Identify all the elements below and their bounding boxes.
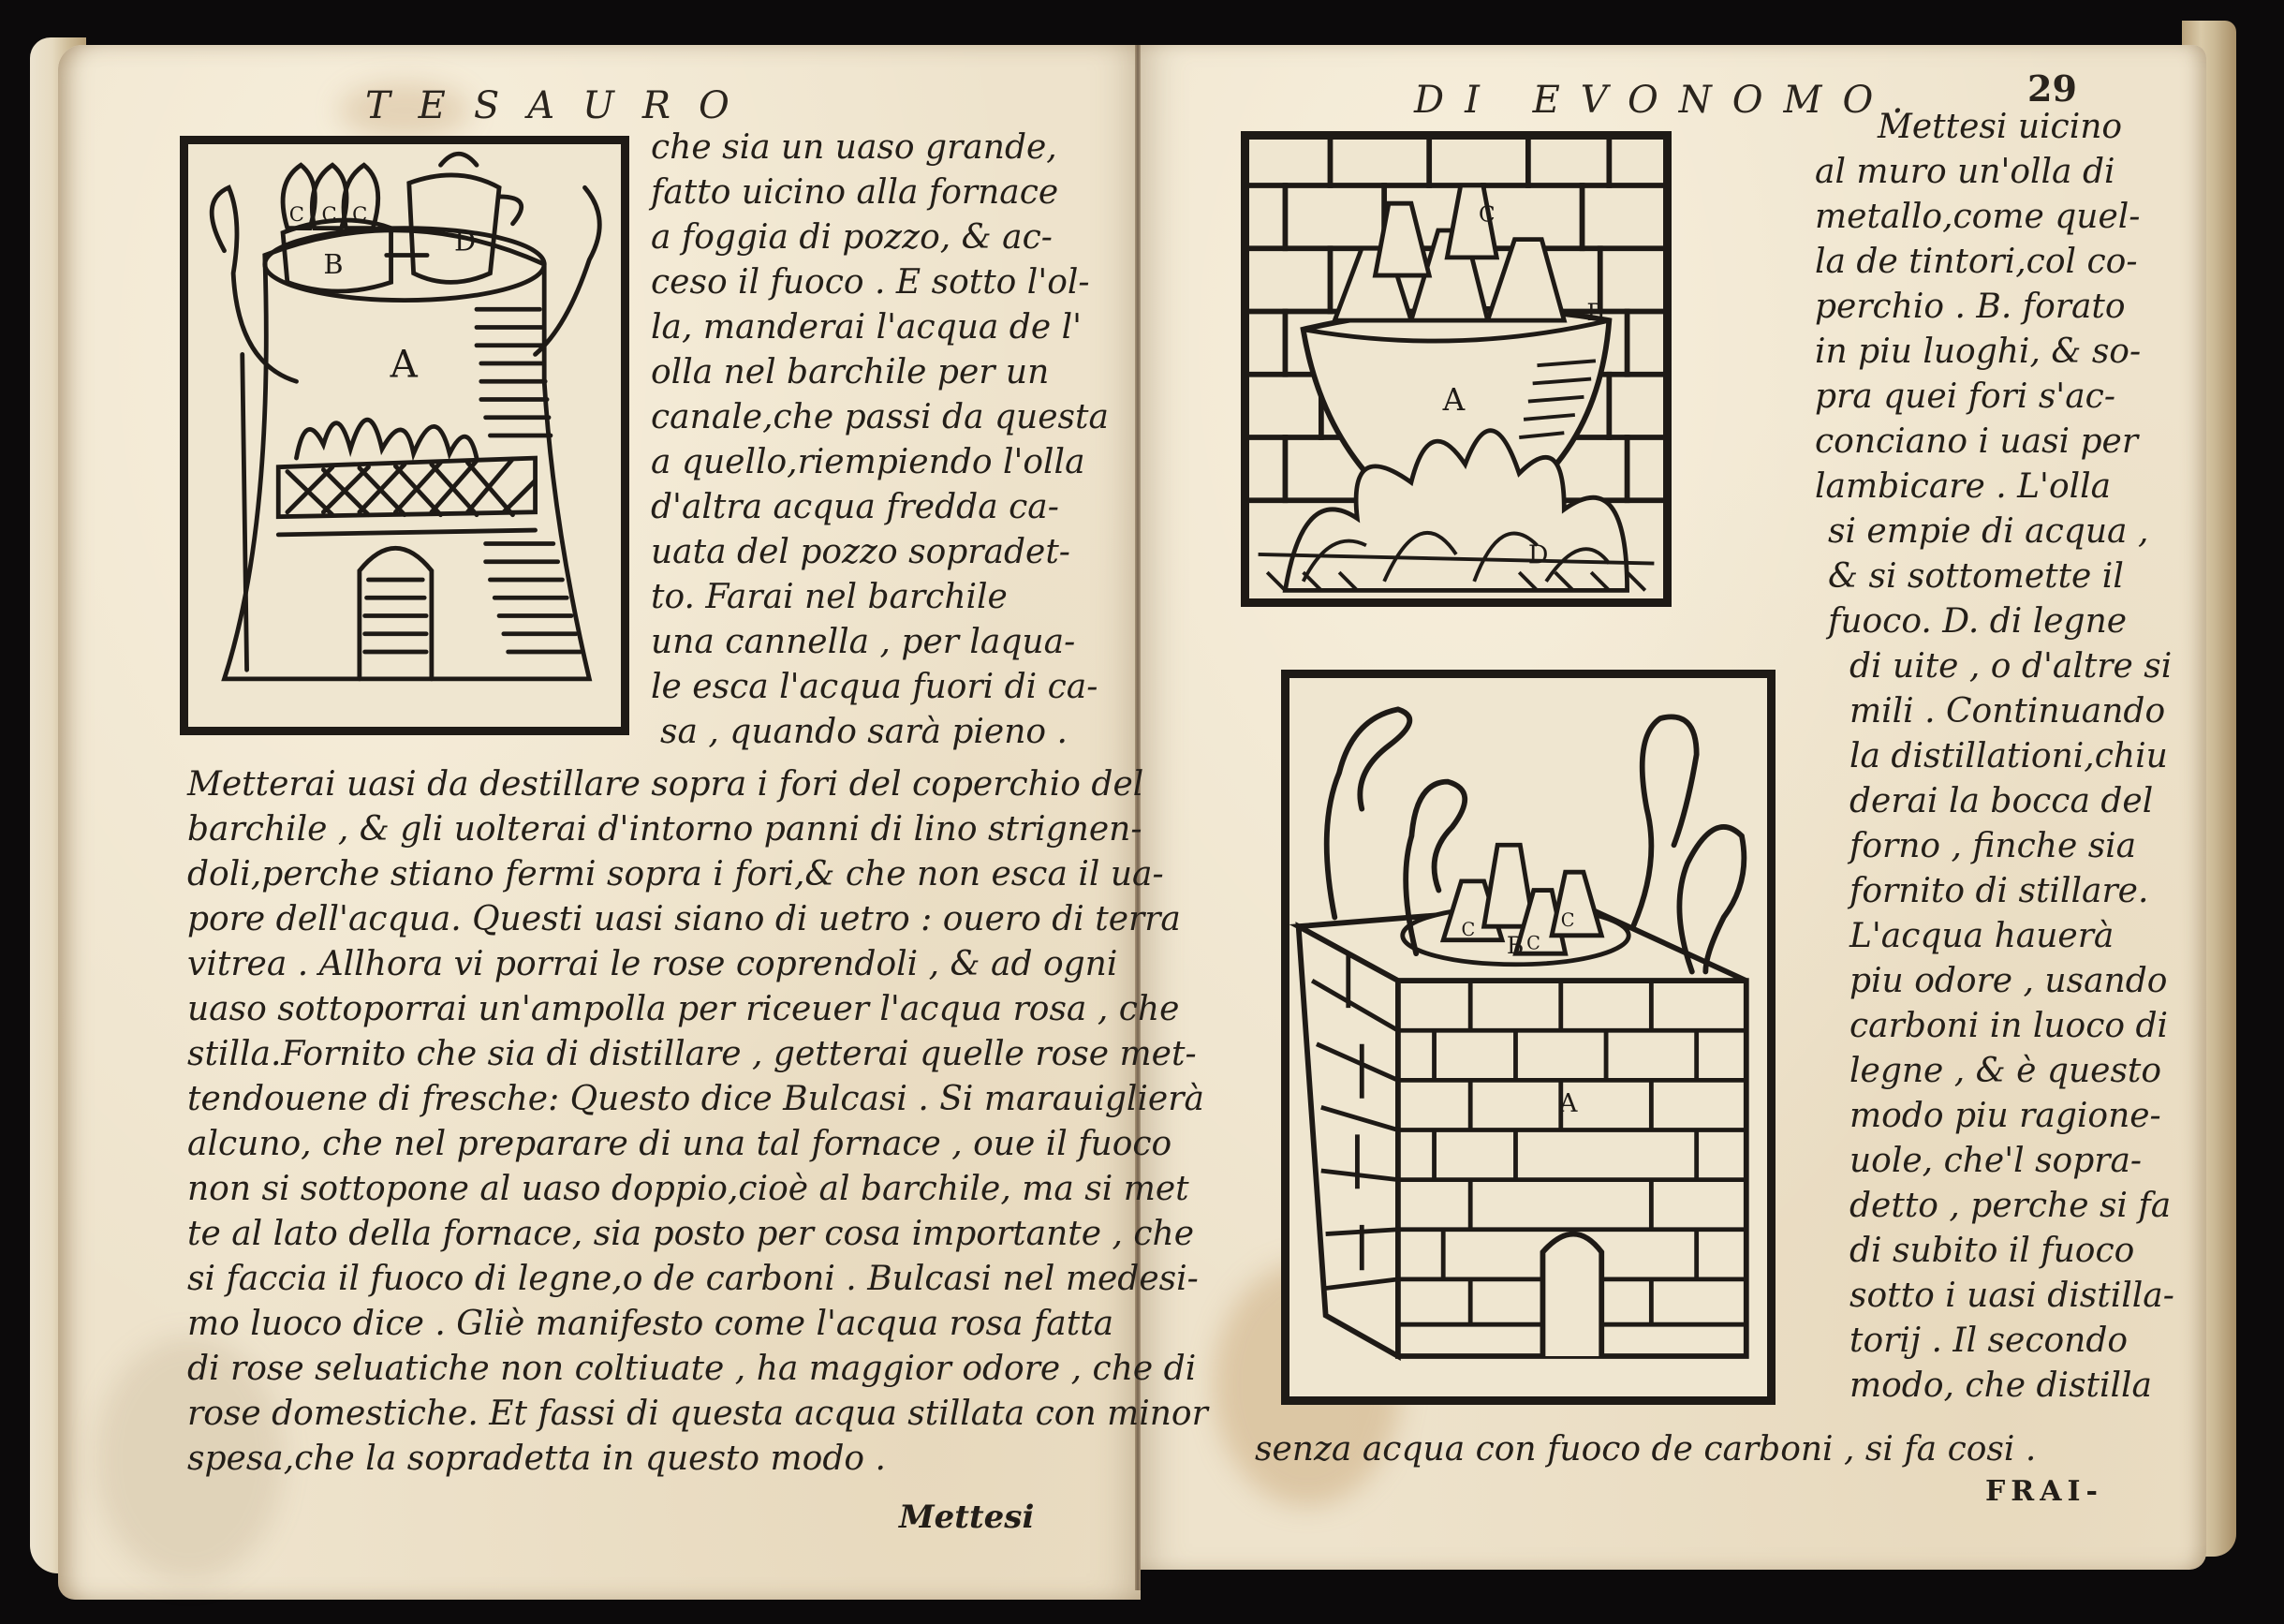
label-C: C [352, 202, 367, 226]
catchword-right: FRAI- [1985, 1475, 2103, 1508]
text-line: si empie di acqua , [1828, 515, 2148, 549]
text-line: forno , finche sia [1849, 830, 2136, 864]
text-line: legne , & è questo [1849, 1055, 2161, 1088]
label-C: C [321, 202, 336, 226]
text-line: perchio . B. forato [1815, 290, 2126, 324]
text-line: pore dell'acqua. Questi uasi siano di ue… [187, 903, 1181, 937]
text-line: Mettesi uicino [1878, 111, 2122, 144]
text-line: conciano i uasi per [1815, 425, 2138, 459]
label-B: B [323, 248, 343, 280]
text-line: mili . Continuando [1849, 695, 2165, 729]
text-line: sotto i uasi distilla- [1849, 1279, 2174, 1313]
text-line: uaso sottoporrai un'ampolla per riceuer … [187, 993, 1179, 1026]
text-line: metallo,come quel- [1815, 200, 2140, 234]
closing-text-line: senza acqua con fuoco de carboni , si fa… [1255, 1433, 2036, 1467]
text-line: doli,perche stiano fermi sopra i fori,& … [187, 858, 1164, 892]
text-line: uole, che'l sopra- [1849, 1144, 2142, 1178]
text-line: modo piu ragione- [1849, 1100, 2161, 1133]
label-C: C [289, 202, 304, 226]
running-head-right: DI EVONOMO. [1414, 79, 1924, 122]
label-C: C [1462, 919, 1476, 940]
text-line: al muro un'olla di [1815, 155, 2115, 189]
text-line: in piu luoghi, & so- [1815, 335, 2141, 369]
woodcut-brick-furnace: A B C C C [1281, 670, 1776, 1405]
text-line: te al lato della fornace, sia posto per … [187, 1218, 1194, 1251]
text-line: carboni in luoco di [1849, 1010, 2168, 1043]
text-line: fuoco. D. di legne [1828, 605, 2127, 639]
text-line: fatto uicino alla fornace [651, 176, 1058, 210]
text-line: to. Farai nel barchile [651, 581, 1008, 614]
text-line: la distillationi,chiu [1849, 740, 2168, 774]
text-line: sa , quando sarà pieno . [660, 716, 1068, 749]
text-line: derai la bocca del [1849, 785, 2153, 819]
label-C: C [1526, 932, 1540, 953]
label-B: B [1586, 299, 1603, 326]
label-B: B [1507, 932, 1524, 959]
label-A: A [390, 341, 419, 386]
label-D: D [1528, 541, 1549, 570]
text-line: le esca l'acqua fuori di ca- [651, 671, 1098, 704]
text-line: a quello,riempiendo l'olla [651, 446, 1085, 480]
text-line: & si sottomette il [1828, 560, 2124, 594]
text-line: mo luoco dice . Gliè manifesto come l'ac… [187, 1307, 1113, 1341]
text-line: Metterai uasi da destillare sopra i fori… [187, 768, 1143, 802]
text-line: non si sottopone al uaso doppio,cioè al … [187, 1173, 1189, 1206]
text-line: la de tintori,col co- [1815, 245, 2137, 279]
label-A: A [1442, 382, 1466, 418]
text-line: detto , perche si fa [1849, 1189, 2171, 1223]
text-line: modo, che distilla [1849, 1369, 2152, 1403]
text-line: uata del pozzo sopradet- [651, 536, 1070, 569]
text-line: a foggia di pozzo, & ac- [651, 221, 1053, 255]
text-line: di rose seluatiche non coltiuate , ha ma… [187, 1352, 1196, 1386]
brick-furnace-illustration: A B C C C [1289, 678, 1767, 1396]
page-number: 29 [2027, 67, 2077, 110]
text-line: torij . Il secondo [1849, 1324, 2128, 1358]
label-D: D [454, 226, 476, 258]
text-line: pra quei fori s'ac- [1815, 380, 2115, 414]
text-line: di subito il fuoco [1849, 1234, 2134, 1268]
text-line: olla nel barchile per un [651, 356, 1049, 390]
text-line: rose domestiche. Et fassi di questa acqu… [187, 1397, 1208, 1431]
tower-furnace-illustration: A B D C C C [188, 144, 621, 727]
woodcut-cauldron: A B C D [1241, 131, 1672, 607]
text-line: stilla.Fornito che sia di distillare , g… [187, 1038, 1197, 1071]
text-line: la, manderai l'acqua de l' [651, 311, 1082, 345]
label-A: A [1558, 1089, 1578, 1118]
text-line: barchile , & gli uolterai d'intorno pann… [187, 813, 1142, 847]
text-line: di uite , o d'altre si [1849, 650, 2172, 684]
text-line: L'acqua hauerà [1849, 920, 2114, 953]
text-line: piu odore , usando [1849, 965, 2167, 998]
text-line: d'altra acqua fredda ca- [651, 491, 1059, 524]
text-line: alcuno, che nel preparare di una tal for… [187, 1128, 1171, 1161]
text-line: tendouene di fresche: Questo dice Bulcas… [187, 1083, 1204, 1116]
open-book: TESAURO [0, 0, 2284, 1624]
text-line: canale,che passi da questa [651, 401, 1109, 435]
text-line: fornito di stillare. [1849, 875, 2148, 908]
text-line: una cannella , per laqua- [651, 626, 1075, 659]
cauldron-illustration: A B C D [1249, 140, 1663, 598]
running-head-left: TESAURO [365, 84, 758, 127]
text-line: vitrea . Allhora vi porrai le rose copre… [187, 948, 1117, 982]
text-line: spesa,che la sopradetta in questo modo . [187, 1442, 886, 1476]
text-line: lambicare . L'olla [1815, 470, 2111, 504]
woodcut-tower-furnace: A B D C C C [180, 136, 629, 735]
label-C: C [1561, 909, 1575, 931]
label-C: C [1479, 202, 1496, 227]
text-line: ceso il fuoco . E sotto l'ol- [651, 266, 1090, 300]
text-line: che sia un uaso grande, [651, 131, 1057, 165]
text-line: si faccia il fuoco di legne,o de carboni… [187, 1262, 1199, 1296]
catchword-left: Mettesi [899, 1499, 1034, 1536]
